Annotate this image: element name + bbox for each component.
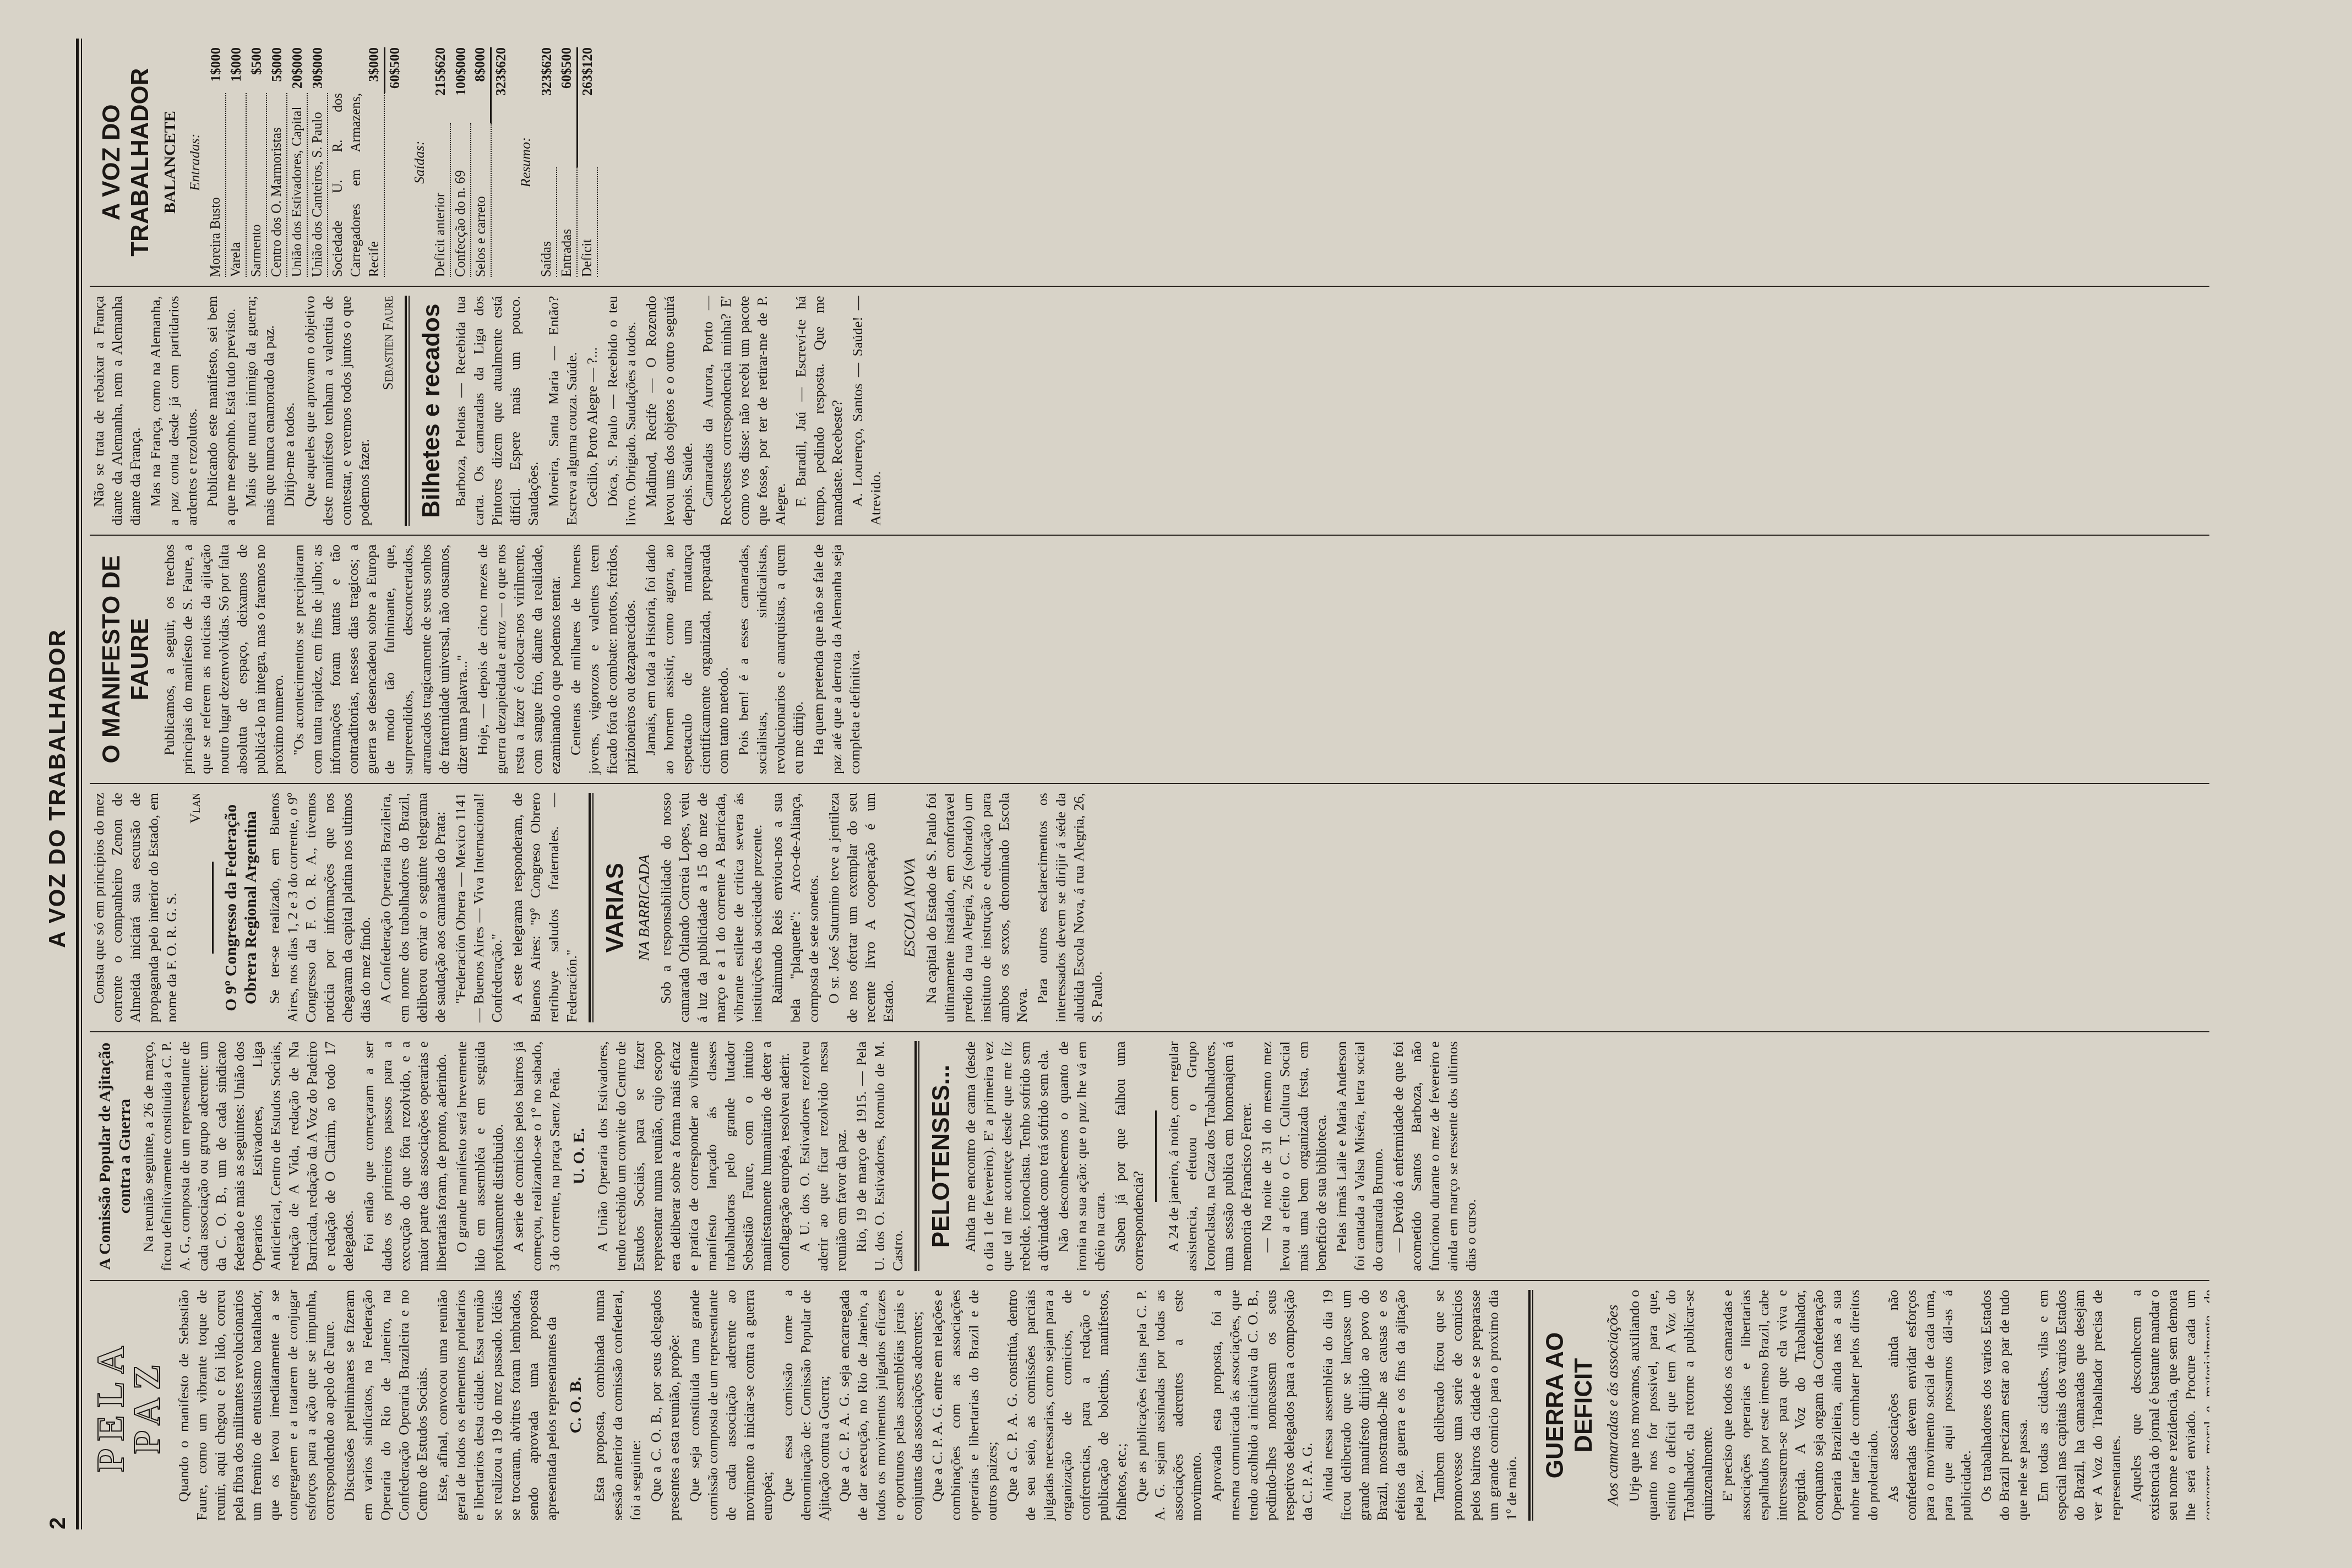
paragraph: — Devido á enfermidade de que foi acomet… <box>1389 1041 1480 1271</box>
table-row: União dos Canteiros, S. Paulo30$000 <box>307 47 328 277</box>
list-item: Madinod, Recife — O Rozendo levou uns do… <box>642 296 696 525</box>
subhead-uoe: U. O. E. <box>569 1041 589 1271</box>
resumo-table: Saídas323$620 Entradas60$500 Deficit263$… <box>537 47 598 277</box>
paragraph: A União Operaria dos Estivadores, tendo … <box>594 1041 793 1271</box>
headline-pelotenses: PELOTENSES... <box>927 1041 956 1271</box>
saidas-label: Saídas: <box>410 47 428 277</box>
column-4: O MANIFESTO DE FAURE Publicamos, a segui… <box>90 536 2209 784</box>
headline-varias: VARIAS <box>601 793 630 1022</box>
column-6: A VOZ DO TRABALHADOR BALANCETE Entradas:… <box>90 39 2209 287</box>
table-row: Centro dos O. Marmoristas5$000 <box>266 47 287 277</box>
paragraph: Na capital do Estado de S. Paulo foi ult… <box>922 793 1031 1022</box>
column-2: A Comissão Popular de Ajitação contra a … <box>90 1032 2209 1281</box>
paragraph: Hoje, — depois de cinco mezes de guerra … <box>473 545 564 774</box>
paragraph: Que as publicações feitas pela C. P. A. … <box>1133 1290 1205 1521</box>
paragraph: Aprovada esta proposta, foi a mesma comu… <box>1207 1290 1316 1521</box>
section-rule <box>405 296 410 525</box>
list-item: Barboza, Pelotas — Recebida tua carta. O… <box>451 296 542 525</box>
paragraph: — Na noite de 31 do mesmo mez levou a ef… <box>1257 1041 1330 1271</box>
list-item: F. Baradil, Jaú — Escreví-te há tempo, p… <box>792 296 846 525</box>
paragraph: Que essa comissão tome a denominação de:… <box>778 1290 833 1521</box>
table-row: Sociedade U. R. dos Carregadores em Arma… <box>328 47 384 277</box>
paragraph: A Confederação Operaria Brazileira, em n… <box>377 793 449 1022</box>
paragraph: A U. dos O. Estivadores rezolveu aderir … <box>796 1041 850 1271</box>
columns-grid: PELA PAZ Quando o manifesto de Sebastião… <box>90 39 2209 1529</box>
list-item: Camaradas da Aurora, Porto — Recebestes … <box>699 296 790 525</box>
paragraph: Quando o manifesto de Sebastião Faure, c… <box>175 1290 338 1521</box>
paragraph: Que a C. P. A. G. constitúa, dentro de s… <box>1003 1290 1130 1521</box>
signature: Sebastien Faure <box>379 296 397 525</box>
headline-manifesto-faure: O MANIFESTO DE FAURE <box>97 545 155 774</box>
paragraph: Aqueles que desconhecem a existencia do … <box>2127 1290 2209 1521</box>
table-row-total: 323$620 <box>491 47 511 277</box>
column-1: PELA PAZ Quando o manifesto de Sebastião… <box>90 1281 2209 1529</box>
signature: Vlan <box>186 793 204 1022</box>
table-row: União dos Estivadores, Capital20$000 <box>287 47 307 277</box>
table-row-total: 60$500 <box>384 47 405 277</box>
table-row: Confecção do n. 69100$000 <box>450 47 471 277</box>
paragraph: A serie de comicios pelos bairros já com… <box>509 1041 564 1271</box>
paragraph: "Os acontecimentos se precipitaram com t… <box>290 545 471 774</box>
table-row: Varela1$000 <box>226 47 246 277</box>
subhead-aos-camaradas: Aos camaradas e ás associações <box>1604 1290 1622 1521</box>
paragraph: O grande manifesto será brevemente lido … <box>453 1041 507 1271</box>
headline-bilhetes: Bilhetes e recados <box>417 296 446 525</box>
entradas-table: Moreira Busto1$000 Varela1$000 Sarmento$… <box>206 47 405 277</box>
paragraph: Se ter-se realizado, em Buenos Aires, no… <box>265 793 374 1022</box>
paragraph: Ha quem pretenda que não se fale de paz … <box>809 545 864 774</box>
paragraph: Na reunião seguinte, a 26 de março, fico… <box>139 1041 357 1271</box>
paragraph: A este telegrama responderam, de Buenos … <box>508 793 581 1022</box>
paragraph: Que a C. P. A. G. seja encarregada de da… <box>835 1290 926 1521</box>
saidas-table: Deficit anterior215$620 Confecção do n. … <box>431 47 511 277</box>
rule <box>1155 1110 1157 1202</box>
page-number: 2 <box>46 1516 70 1529</box>
headline-congresso: O 9º Congresso da Federação Obrera Regio… <box>221 793 261 1022</box>
paragraph: Este, afinal, convocou uma reunião geral… <box>433 1290 560 1521</box>
paragraph: Que a C. O. B., por seus delegados prese… <box>647 1290 683 1521</box>
subhead-escola-nova: ESCOLA NOVA <box>901 793 919 1022</box>
paragraph: Que aqueles que aprovam o objetivo deste… <box>301 296 373 525</box>
subhead-cob: C. O. B. <box>566 1290 586 1521</box>
paragraph: Urje que nos movamos, auxiliando o quant… <box>1625 1290 1716 1521</box>
paragraph: Dirijo-me a todos. <box>280 296 298 525</box>
masthead: 2 A VOZ DO TRABALHADOR <box>44 39 76 1529</box>
paragraph: Rio, 19 de março de 1915. — Pela U. dos … <box>852 1041 907 1271</box>
paragraph: Os trabalhadores dos varios Estados do B… <box>1977 1290 2032 1521</box>
headline-balancete: BALANCETE <box>160 47 180 277</box>
section-rule <box>589 793 594 1022</box>
list-item: Dóca, S. Paulo — Recebido o teu livro. O… <box>603 296 640 525</box>
column-3: Consta que só em principios do mez corre… <box>90 784 2209 1032</box>
paragraph: Que a C. P. A. G. entre em relações e co… <box>928 1290 1001 1521</box>
rule <box>212 862 214 954</box>
paragraph: Saben já por que falhou uma corresponden… <box>1111 1041 1147 1271</box>
paragraph: Mais que nunca inimigo da guerra; mais q… <box>242 296 278 525</box>
paragraph: Mas na França, como na Alemanha, a paz c… <box>146 296 201 525</box>
scan-background: 2 A VOZ DO TRABALHADOR PELA PAZ Quando o… <box>0 0 2352 1568</box>
paragraph: Sob a responsabilidade do nosso camarada… <box>657 793 766 1022</box>
paragraph: Esta proposta, combinada numa sessão ant… <box>590 1290 645 1521</box>
list-item: Moreira, Santa Maria — Então? Escreva al… <box>545 296 581 525</box>
column-5: Não se trata de rebaixar a França diante… <box>90 287 2209 535</box>
table-row: Entradas60$500 <box>557 47 577 277</box>
table-row: Deficit anterior215$620 <box>431 47 450 277</box>
paragraph: Ainda nessa assembléia do dia 19 ficou d… <box>1319 1290 1428 1521</box>
paragraph: Consta que só em principios do mez corre… <box>90 793 181 1022</box>
subhead-na-barricada: NA BARRICADA <box>635 793 654 1022</box>
list-item: Cecilio, Porto Alegre — ?... <box>583 296 601 525</box>
paragraph: "Federación Obrera — Mexico 1141 — Bueno… <box>451 793 506 1022</box>
masthead-rule <box>76 39 82 1529</box>
paragraph: Não se trata de rebaixar a França diante… <box>90 296 144 525</box>
newspaper-title: A VOZ DO TRABALHADOR <box>44 629 70 948</box>
table-row: Saídas323$620 <box>537 47 557 277</box>
paragraph: Raimundo Reis enviou-nos a sua bela "pla… <box>768 793 823 1022</box>
table-row: Selos e carreto8$000 <box>471 47 491 277</box>
paragraph: Que seja constituida uma grande comissão… <box>685 1290 776 1521</box>
paragraph: Foi então que começaram a ser dados os p… <box>360 1041 450 1271</box>
list-item: A. Lourenço, Santos — Saúde! — Atrevido. <box>848 296 885 525</box>
subhead-comissao: A Comissão Popular de Ajitação contra a … <box>95 1041 135 1271</box>
paragraph: Ainda me encontro de cama (desde o dia 1… <box>961 1041 1052 1271</box>
newspaper-page: 2 A VOZ DO TRABALHADOR PELA PAZ Quando o… <box>0 0 2352 1568</box>
headline-pela-paz: PELA PAZ <box>93 1290 166 1521</box>
paragraph: A 24 de janeiro, á noite, com regular as… <box>1164 1041 1255 1271</box>
paragraph: Pois bem! é a esses camaradas, socialist… <box>734 545 807 774</box>
paragraph: Publicamos, a seguir, os trechos princip… <box>160 545 287 774</box>
section-rule <box>1528 1290 1533 1521</box>
paragraph: Jamais, em toda a Historia, foi dado ao … <box>641 545 732 774</box>
balancete-paper-title: A VOZ DO TRABALHADOR <box>97 47 155 277</box>
paragraph: As associações ainda não confederadas de… <box>1884 1290 1975 1521</box>
paragraph: Não desconhecemos o quanto de ironia na … <box>1054 1041 1109 1271</box>
paragraph: Centenas de milhares de homens jovens, v… <box>567 545 639 774</box>
headline-guerra-ao-deficit: GUERRA AO DEFICIT <box>1541 1290 1598 1521</box>
paragraph: Pelas irmãs Laile e Maria Anderson foi c… <box>1332 1041 1387 1271</box>
paragraph: Tambem deliberado ficou que se promovess… <box>1430 1290 1521 1521</box>
paragraph: Discussões preliminares se fizeram em va… <box>340 1290 431 1521</box>
paragraph: Publicando este manifesto, sei bem a que… <box>203 296 239 525</box>
resumo-label: Resumo: <box>516 47 535 277</box>
paragraph: Para outros esclarecimentos os interessa… <box>1033 793 1106 1022</box>
paragraph: O sr. José Saturnino teve a jentileza de… <box>825 793 897 1022</box>
paragraph: Em todas as cidades, vilas e em especial… <box>2034 1290 2125 1521</box>
paragraph: E' preciso que todos os camaradas e asso… <box>1718 1290 1882 1521</box>
table-row: Moreira Busto1$000 <box>206 47 226 277</box>
table-row: Sarmento$500 <box>246 47 266 277</box>
table-row-deficit: Deficit263$120 <box>577 47 597 277</box>
section-rule <box>914 1041 919 1271</box>
entradas-label: Entradas: <box>186 47 204 277</box>
